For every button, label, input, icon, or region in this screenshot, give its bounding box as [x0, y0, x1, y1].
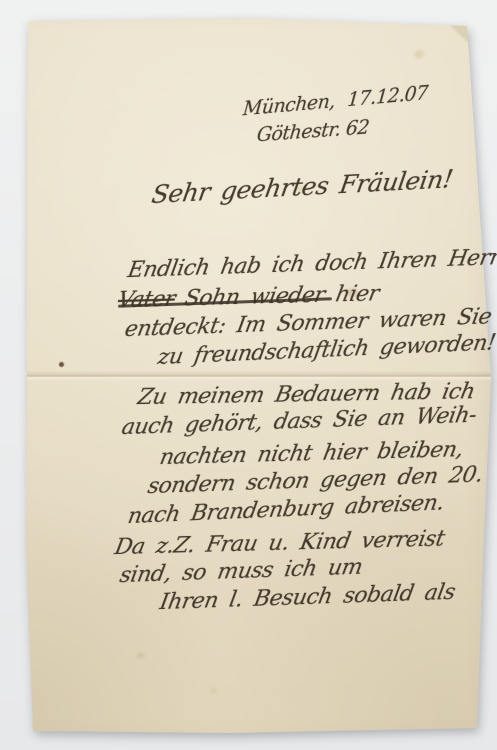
foxing-spot	[210, 688, 217, 694]
corner-fold-mark	[451, 25, 468, 42]
foxing-spot	[414, 50, 424, 58]
pin-hole-spot	[59, 362, 64, 367]
struck-out-word: Vater	[116, 286, 178, 313]
photo-background: München, 17.12.07 Göthestr. 62 Sehr geeh…	[0, 0, 497, 750]
handwriting-line-2-text: Sohn wieder hier	[183, 281, 381, 311]
foxing-spot	[136, 652, 145, 659]
